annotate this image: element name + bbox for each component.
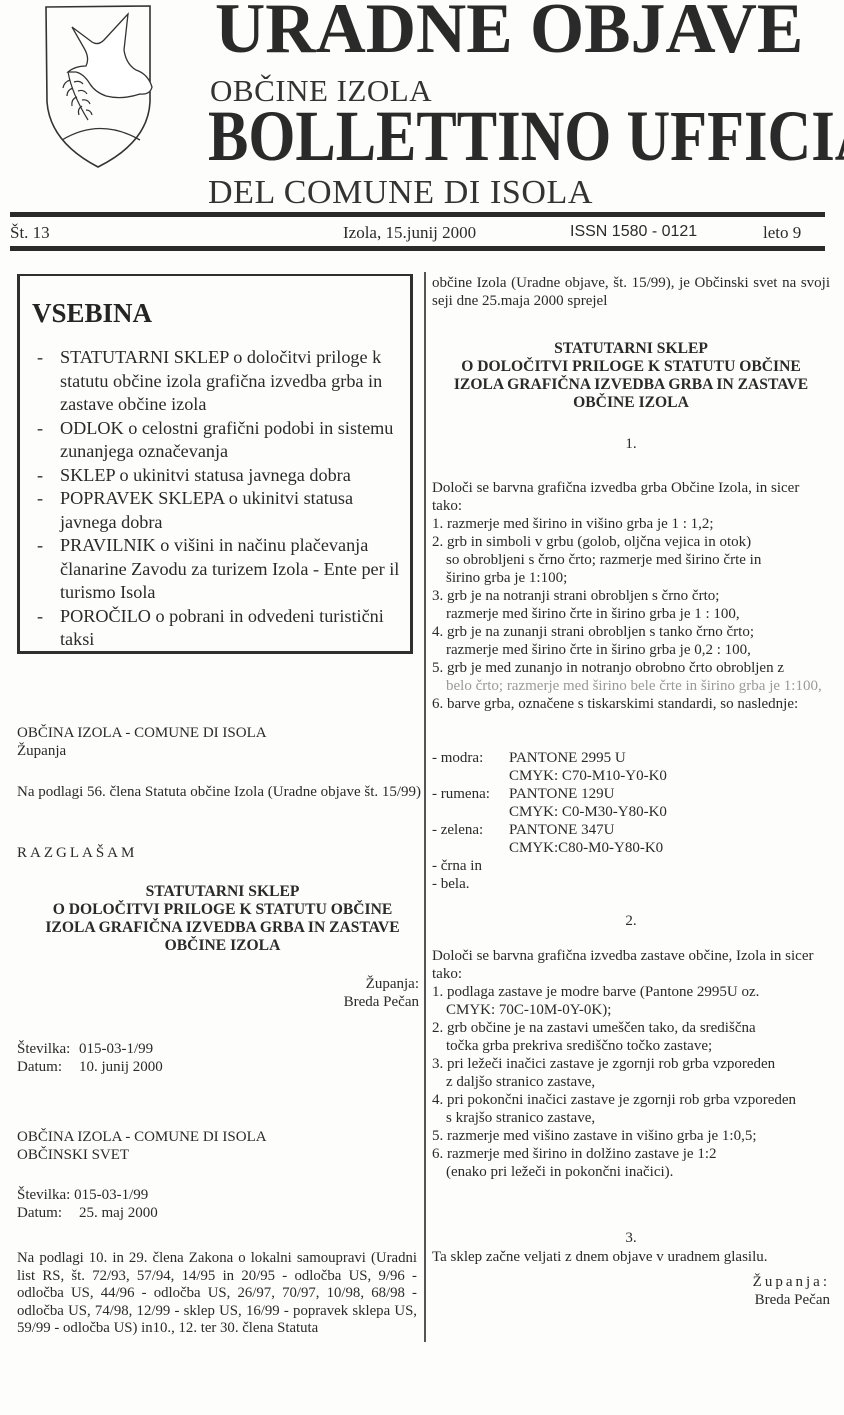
masthead-rule-bottom [10, 246, 825, 251]
contents-item[interactable]: POROČILO o pobrani in odvedeni turističn… [32, 605, 402, 652]
act-heading-line: STATUTARNI SKLEP [30, 883, 415, 901]
list-item: 2. grb in simboli v grbu (golob, oljčna … [432, 533, 830, 587]
list-item-text: 4. pri pokončni inačici zastave je zgorn… [432, 1091, 830, 1109]
act-heading-line: OBČINE IZOLA [432, 394, 830, 412]
issuer-role: Županja [17, 742, 422, 760]
article-number: 2. [432, 912, 830, 930]
list-item-continuation: širino grba je 1:100; [432, 569, 830, 587]
article-number: 1. [432, 435, 830, 453]
coat-of-arms-icon [40, 2, 156, 172]
list-item-continuation: (enako pri ležeči in pokončni inačici). [432, 1163, 830, 1181]
reference-block: Številka:015-03-1/99 Datum:10. junij 200… [17, 1040, 422, 1076]
list-item: 4. grb je na zunanji strani obrobljen s … [432, 623, 830, 659]
list-item: 5. razmerje med višino zastave in višino… [432, 1127, 830, 1145]
contents-item[interactable]: ODLOK o celostni grafični podobi in sist… [32, 417, 402, 464]
coat-of-arms-rules-list: 1. razmerje med širino in višino grba je… [432, 515, 830, 713]
pantone-code: PANTONE 347U [509, 821, 614, 839]
list-item: 1. podlaga zastave je modre barve (Panto… [432, 983, 830, 1019]
date-value: 10. junij 2000 [79, 1059, 163, 1075]
date-label: Datum: [17, 1058, 79, 1076]
act-heading-line: STATUTARNI SKLEP [432, 340, 830, 358]
act-heading-line: O DOLOČITVI PRILOGE K STATUTU OBČINE [30, 901, 415, 919]
color-spec: - rumena:PANTONE 129U [432, 785, 830, 803]
color-name: - modra: [432, 749, 509, 767]
number-label: Številka: [17, 1187, 70, 1203]
contents-item[interactable]: STATUTARNI SKLEP o določitvi priloge k s… [32, 346, 402, 417]
legal-basis-paragraph: Na podlagi 56. člena Statuta občine Izol… [17, 783, 422, 801]
article-number: 3. [432, 1229, 830, 1247]
color-name: - rumena: [432, 785, 509, 803]
cmyk-code: CMYK: C0-M30-Y80-K0 [432, 803, 830, 821]
article-intro: Določi se barvna grafična izvedba zastav… [432, 947, 830, 983]
number-value: 015-03-1/99 [74, 1187, 148, 1203]
date-label: Datum: [17, 1204, 79, 1222]
signature-block: Županja: Breda Pečan [432, 1273, 830, 1309]
act-heading: STATUTARNI SKLEP O DOLOČITVI PRILOGE K S… [432, 340, 830, 412]
reference-block: Številka: 015-03-1/99 Datum:25. maj 2000 [17, 1186, 422, 1222]
list-item: 2. grb občine je na zastavi umeščen tako… [432, 1019, 830, 1055]
list-item: 5. grb je med zunanjo in notranjo obrobn… [432, 659, 830, 695]
color-name: - zelena: [432, 821, 509, 839]
list-item-text: 4. grb je na zunanji strani obrobljen s … [432, 623, 830, 641]
volume-year: leto 9 [763, 223, 801, 243]
list-item-text: 6. barve grba, označene s tiskarskimi st… [432, 695, 830, 713]
cmyk-code: CMYK: C70-M10-Y0-K0 [432, 767, 830, 785]
number-value: 015-03-1/99 [79, 1041, 153, 1057]
contents-item[interactable]: PRAVILNIK o višini in načinu plačevanja … [32, 534, 402, 605]
list-item-text: 5. razmerje med višino zastave in višino… [432, 1127, 830, 1145]
pantone-code: PANTONE 129U [509, 785, 614, 803]
list-item-text: 2. grb in simboli v grbu (golob, oljčna … [432, 533, 830, 551]
issn: ISSN 1580 - 0121 [570, 223, 697, 241]
list-item-continuation: razmerje med širino črte in širino grba … [432, 605, 830, 623]
article-intro: Določi se barvna grafična izvedba grba O… [432, 479, 830, 515]
contents-item[interactable]: SKLEP o ukinitvi statusa javnega dobra [32, 464, 402, 488]
list-item-text: 1. podlaga zastave je modre barve (Panto… [432, 983, 830, 1001]
list-item-continuation: CMYK: 70C-10M-0Y-0K); [432, 1001, 830, 1019]
list-item-continuation: belo črto; razmerje med širino bele črte… [432, 677, 830, 695]
act-heading-line: IZOLA GRAFIČNA IZVEDBA GRBA IN ZASTAVE [30, 919, 415, 937]
list-item-text: 2. grb občine je na zastavi umeščen tako… [432, 1019, 830, 1037]
list-item-text: 5. grb je med zunanjo in notranjo obrobn… [432, 659, 830, 677]
signature-name: Breda Pečan [17, 993, 419, 1011]
act-heading-line: OBČINE IZOLA [30, 937, 415, 955]
legal-basis-paragraph: Na podlagi 10. in 29. člena Zakona o lok… [17, 1250, 417, 1338]
list-item-continuation: s krajšo stranico zastave, [432, 1109, 830, 1127]
pantone-code: PANTONE 2995 U [509, 749, 626, 767]
list-item-text: 1. razmerje med širino in višino grba je… [432, 515, 830, 533]
issue-date: Izola, 15.junij 2000 [343, 223, 476, 243]
list-item-continuation: z daljšo stranico zastave, [432, 1073, 830, 1091]
masthead-title-slovene: URADNE OBJAVE [215, 0, 803, 65]
proclamation: RAZGLAŠAM [17, 844, 422, 862]
list-item-continuation: razmerje med širino črte in širino grba … [432, 641, 830, 659]
issuer-name: OBČINA IZOLA - COMUNE DI ISOLA [17, 1128, 422, 1146]
color-spec: - modra:PANTONE 2995 U [432, 749, 830, 767]
signature-block: Županja: Breda Pečan [17, 975, 419, 1011]
issue-number: Št. 13 [10, 223, 50, 243]
entry-into-force-text: Ta sklep začne veljati z dnem objave v u… [432, 1248, 830, 1266]
number-label: Številka: [17, 1040, 79, 1058]
list-item-text: 3. grb je na notranji strani obrobljen s… [432, 587, 830, 605]
masthead-rule-top [10, 212, 825, 217]
list-item-text: 6. razmerje med širino in dolžino zastav… [432, 1145, 830, 1163]
list-item-continuation: so obrobljeni s črno črto; razmerje med … [432, 551, 830, 569]
color-specification-list: - modra:PANTONE 2995 UCMYK: C70-M10-Y0-K… [432, 749, 830, 893]
signature-name: Breda Pečan [432, 1291, 830, 1309]
act-heading: STATUTARNI SKLEP O DOLOČITVI PRILOGE K S… [30, 883, 415, 955]
masthead-subtitle-italian: DEL COMUNE DI ISOLA [208, 176, 593, 210]
issuer-role: OBČINSKI SVET [17, 1146, 422, 1164]
column-divider [424, 272, 426, 1342]
contents-title: VSEBINA [32, 298, 152, 329]
masthead-title-italian: BOLLETTINO UFFICIALE [208, 100, 844, 172]
list-item: 4. pri pokončni inačici zastave je zgorn… [432, 1091, 830, 1127]
list-item-continuation: točka grba prekriva središčno točko zast… [432, 1037, 830, 1055]
flag-rules-list: 1. podlaga zastave je modre barve (Panto… [432, 983, 830, 1181]
act-heading-line: O DOLOČITVI PRILOGE K STATUTU OBČINE [432, 358, 830, 376]
date-value: 25. maj 2000 [79, 1205, 158, 1221]
contents-item[interactable]: POPRAVEK SKLEPA o ukinitvi statusa javne… [32, 487, 402, 534]
list-item: 1. razmerje med širino in višino grba je… [432, 515, 830, 533]
legal-basis-continuation: občine Izola (Uradne objave, št. 15/99),… [432, 274, 830, 310]
list-item: 3. pri ležeči inačici zastave je zgornji… [432, 1055, 830, 1091]
issuer-block: OBČINA IZOLA - COMUNE DI ISOLA Županja [17, 724, 422, 760]
signature-title: Županja: [17, 975, 419, 993]
issuer-block: OBČINA IZOLA - COMUNE DI ISOLA OBČINSKI … [17, 1128, 422, 1164]
signature-title: Županja: [432, 1273, 830, 1291]
table-of-contents: VSEBINA STATUTARNI SKLEP o določitvi pri… [17, 274, 413, 654]
color-spec: - zelena:PANTONE 347U [432, 821, 830, 839]
color-spec: - bela. [432, 875, 830, 893]
cmyk-code: CMYK:C80-M0-Y80-K0 [432, 839, 830, 857]
list-item: 3. grb je na notranji strani obrobljen s… [432, 587, 830, 623]
list-item: 6. razmerje med širino in dolžino zastav… [432, 1145, 830, 1181]
list-item-text: 3. pri ležeči inačici zastave je zgornji… [432, 1055, 830, 1073]
issuer-name: OBČINA IZOLA - COMUNE DI ISOLA [17, 724, 422, 742]
list-item: 6. barve grba, označene s tiskarskimi st… [432, 695, 830, 713]
color-spec: - črna in [432, 857, 830, 875]
contents-list: STATUTARNI SKLEP o določitvi priloge k s… [32, 346, 402, 652]
act-heading-line: IZOLA GRAFIČNA IZVEDBA GRBA IN ZASTAVE [432, 376, 830, 394]
